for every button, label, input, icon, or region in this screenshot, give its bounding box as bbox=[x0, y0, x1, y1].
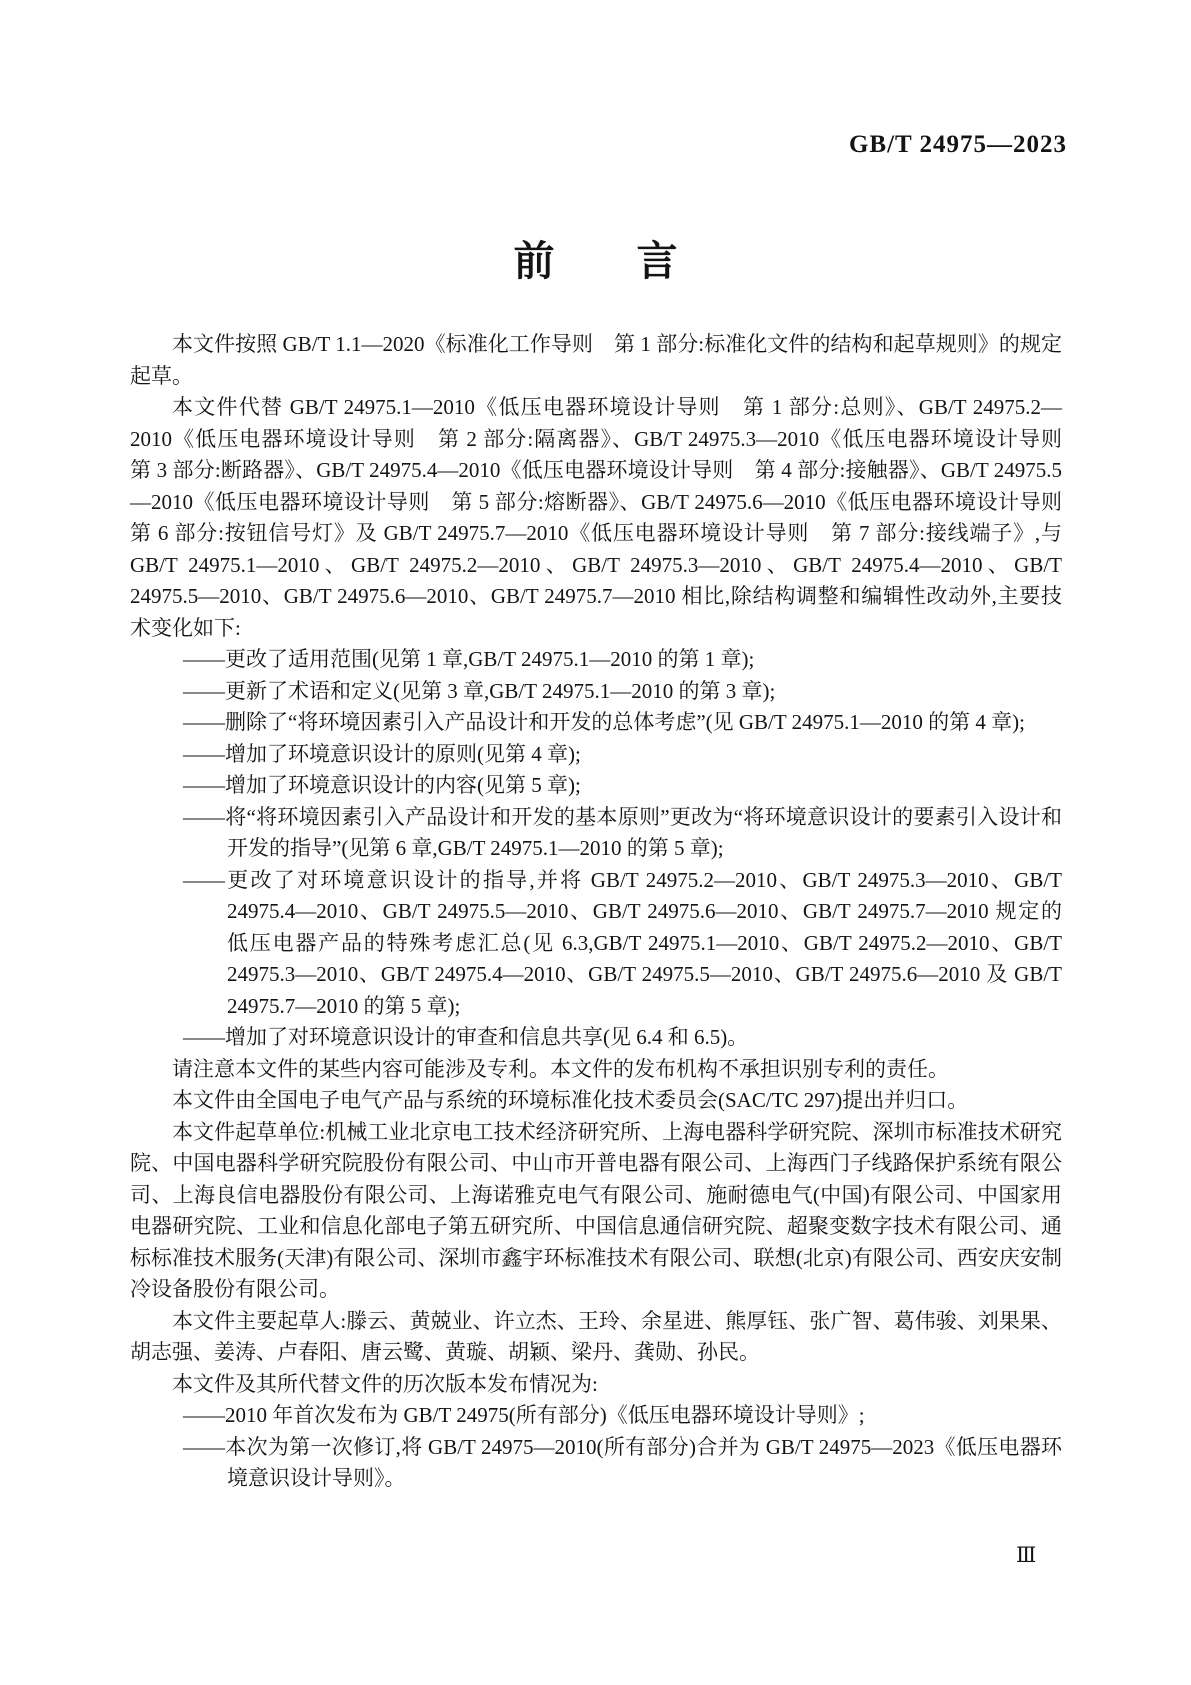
list-item: ——更新了术语和定义(见第 3 章,GB/T 24975.1—2010 的第 3… bbox=[130, 676, 1062, 708]
foreword-body: 本文件按照 GB/T 1.1—2020《标准化工作导则 第 1 部分:标准化文件… bbox=[130, 329, 1062, 1495]
list-item: ——增加了对环境意识设计的审查和信息共享(见 6.4 和 6.5)。 bbox=[130, 1022, 1062, 1054]
list-item: ——将“将环境因素引入产品设计和开发的基本原则”更改为“将环境意识设计的要素引入… bbox=[130, 802, 1062, 865]
paragraph: 本文件及其所代替文件的历次版本发布情况为: bbox=[130, 1369, 1062, 1401]
list-item: ——更改了对环境意识设计的指导,并将 GB/T 24975.2—2010、GB/… bbox=[130, 865, 1062, 1023]
page-title: 前 言 bbox=[0, 228, 1191, 287]
paragraph: 本文件按照 GB/T 1.1—2020《标准化工作导则 第 1 部分:标准化文件… bbox=[130, 329, 1062, 392]
paragraph: 本文件起草单位:机械工业北京电工技术经济研究所、上海电器科学研究院、深圳市标准技… bbox=[130, 1117, 1062, 1306]
list-item: ——增加了环境意识设计的内容(见第 5 章); bbox=[130, 770, 1062, 802]
paragraph: 本文件主要起草人:滕云、黄兢业、许立杰、王玲、余星进、熊厚钰、张广智、葛伟骏、刘… bbox=[130, 1306, 1062, 1369]
list-item: ——本次为第一次修订,将 GB/T 24975—2010(所有部分)合并为 GB… bbox=[130, 1432, 1062, 1495]
list-item: ——更改了适用范围(见第 1 章,GB/T 24975.1—2010 的第 1 … bbox=[130, 644, 1062, 676]
paragraph: 请注意本文件的某些内容可能涉及专利。本文件的发布机构不承担识别专利的责任。 bbox=[130, 1054, 1062, 1086]
paragraph: 本文件代替 GB/T 24975.1—2010《低压电器环境设计导则 第 1 部… bbox=[130, 392, 1062, 644]
paragraph: 本文件由全国电子电气产品与系统的环境标准化技术委员会(SAC/TC 297)提出… bbox=[130, 1085, 1062, 1117]
document-page: GB/T 24975—2023 前 言 本文件按照 GB/T 1.1—2020《… bbox=[0, 0, 1191, 1685]
doc-number: GB/T 24975—2023 bbox=[849, 131, 1067, 159]
page-number: Ⅲ bbox=[1016, 1543, 1037, 1568]
list-item: ——删除了“将环境因素引入产品设计和开发的总体考虑”(见 GB/T 24975.… bbox=[130, 707, 1062, 739]
list-item: ——增加了环境意识设计的原则(见第 4 章); bbox=[130, 739, 1062, 771]
list-item: ——2010 年首次发布为 GB/T 24975(所有部分)《低压电器环境设计导… bbox=[130, 1400, 1062, 1432]
